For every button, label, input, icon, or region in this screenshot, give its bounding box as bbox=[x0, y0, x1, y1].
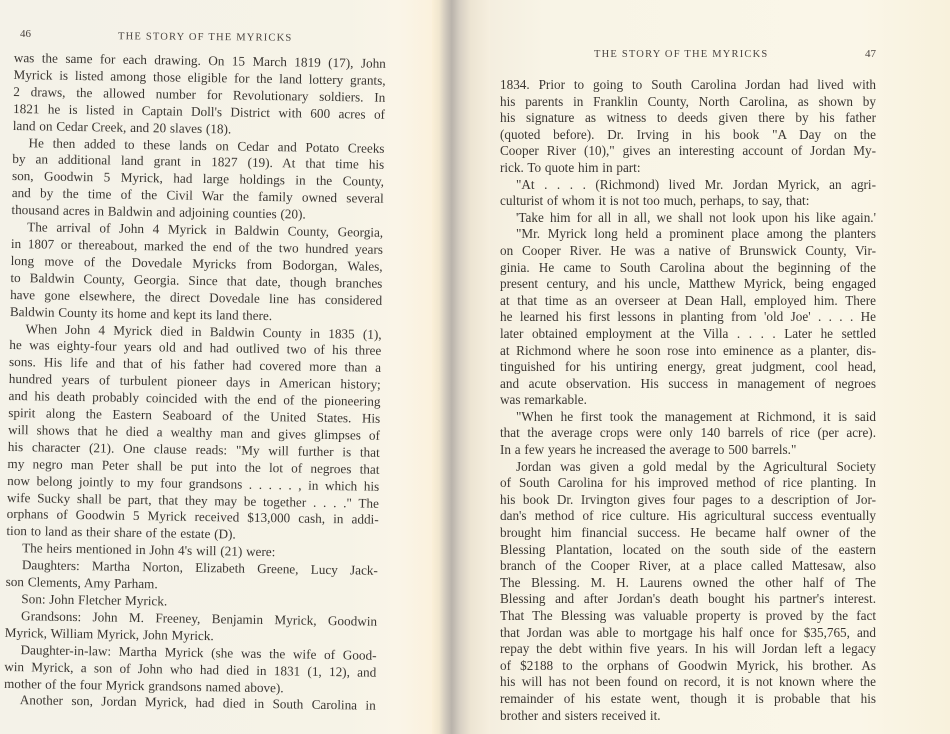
text-line: remainder of his estate went, though it … bbox=[500, 691, 876, 708]
text-line: of $2188 to the orphans of Goodwin Myric… bbox=[500, 658, 876, 675]
text-line: that Jordan was able to mortgage his hal… bbox=[500, 625, 876, 642]
text-line: later obtained employment at the Villa .… bbox=[500, 326, 876, 343]
text-line: his will has not been found on record, i… bbox=[500, 674, 876, 691]
left-page-number: 46 bbox=[20, 28, 31, 40]
text-line: his signature as witness to deeds given … bbox=[500, 110, 876, 127]
text-line: at Richmond where he soon rose into emin… bbox=[500, 343, 876, 360]
right-running-head: THE STORY OF THE MYRICKS bbox=[594, 49, 768, 60]
text-line: branch of the Cooper River, at a place c… bbox=[500, 558, 876, 575]
text-line: Blessing Plantation, located on the sout… bbox=[500, 542, 876, 559]
right-page-number: 47 bbox=[865, 48, 876, 60]
book-gutter bbox=[432, 0, 490, 734]
text-line: dan's method of rice culture. His agricu… bbox=[500, 508, 876, 525]
text-line: was remarkable. bbox=[500, 392, 876, 409]
right-page-text: 1834. Prior to going to South Carolina J… bbox=[500, 77, 876, 724]
text-line: and acute observation. His success in ma… bbox=[500, 376, 876, 393]
text-line: of South Carolina for his improved metho… bbox=[500, 475, 876, 492]
text-line: 'Take him for all in all, we shall not l… bbox=[500, 210, 876, 227]
text-line: "When he first took the management at Ri… bbox=[500, 409, 876, 426]
text-line: rick. To quote him in part: bbox=[500, 160, 876, 177]
text-line: Jordan was given a gold medal by the Agr… bbox=[500, 459, 876, 476]
text-line: brother and sisters received it. bbox=[500, 708, 876, 725]
text-line: The Blessing. M. H. Laurens owned the ot… bbox=[500, 575, 876, 592]
text-line: culturist of whom it is not too much, pe… bbox=[500, 193, 876, 210]
text-line: That The Blessing was valuable property … bbox=[500, 608, 876, 625]
left-page-text: was the same for each drawing. On 15 Mar… bbox=[4, 50, 386, 715]
text-line: (quoted before). Dr. Irving in his book … bbox=[500, 127, 876, 144]
text-line: he learned his first lessons in planting… bbox=[500, 309, 876, 326]
text-line: In a few years he increased the average … bbox=[500, 442, 876, 459]
text-line: 1834. Prior to going to South Carolina J… bbox=[500, 77, 876, 94]
text-line: that the average crops were only 140 bar… bbox=[500, 425, 876, 442]
text-line: at that time as an overseer at Dean Hall… bbox=[500, 293, 876, 310]
text-line: Cooper River (10)," gives an interesting… bbox=[500, 143, 876, 160]
text-line: his parents in Franklin County, North Ca… bbox=[500, 94, 876, 111]
text-line: his book Dr. Irvington gives four pages … bbox=[500, 492, 876, 509]
text-line: brought him financial success. He became… bbox=[500, 525, 876, 542]
book-spread: 46 THE STORY OF THE MYRICKS was the same… bbox=[0, 0, 950, 734]
text-line: "At . . . . (Richmond) lived Mr. Jordan … bbox=[500, 177, 876, 194]
left-running-head: THE STORY OF THE MYRICKS bbox=[118, 31, 293, 44]
text-line: "Mr. Myrick long held a prominent place … bbox=[500, 226, 876, 243]
text-line: Blessing and after Jordan's death bought… bbox=[500, 591, 876, 608]
text-line: tinguished for his untiring energy, grea… bbox=[500, 359, 876, 376]
text-line: ginia. He came to South Carolina about t… bbox=[500, 260, 876, 277]
text-line: on Cooper River. He was a native of Brun… bbox=[500, 243, 876, 260]
text-line: present century, and his uncle, Matthew … bbox=[500, 276, 876, 293]
text-line: repay the debt within five years. In his… bbox=[500, 641, 876, 658]
